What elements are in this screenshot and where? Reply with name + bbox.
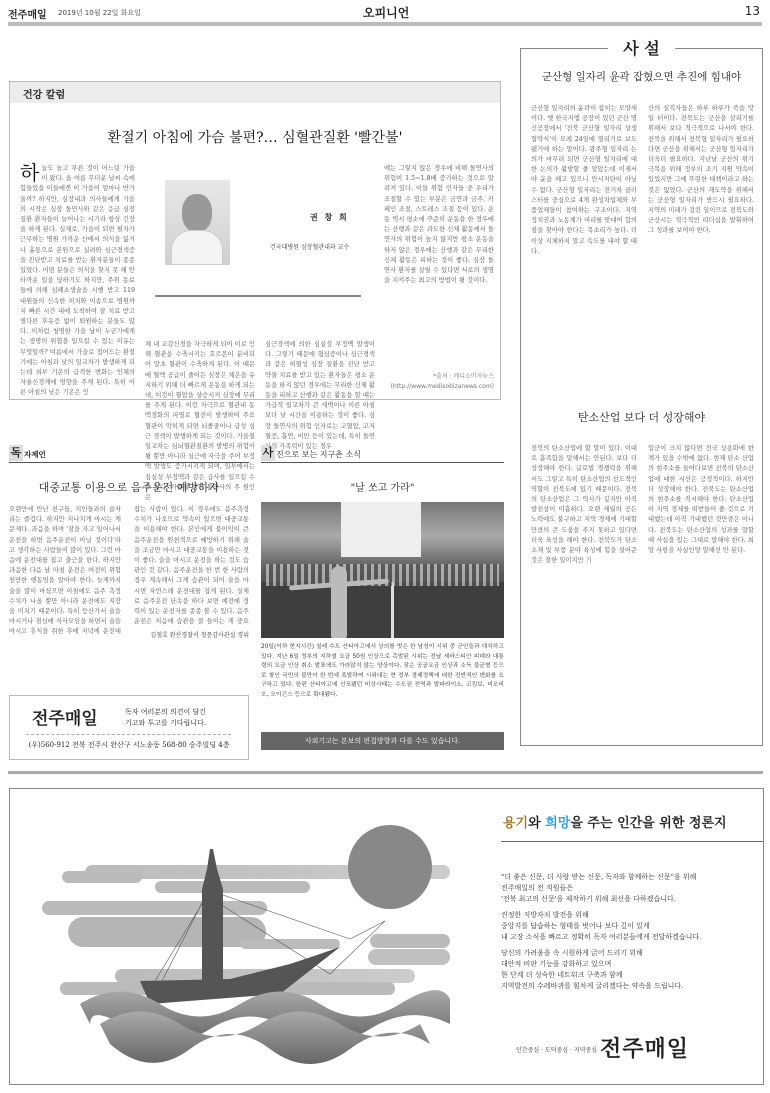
- health-tag-bar: 건강 칼럼: [10, 82, 500, 103]
- health-col-1: 하늘도 높고 푸른 것이 어느덧 가을이 왔다. 올 여름 무더운 날씨 속에 …: [20, 164, 135, 399]
- ad-tagline: 인간중심 · 도덕중심 · 지역중심: [516, 1045, 597, 1054]
- reader-opinion: 독 자제언 대중교통 이용으로 음주운전 예방하자 오랜만에 만난 친구들, 지…: [9, 445, 249, 495]
- house-ad: 용기와 희망을 주는 인간을 위한 정론지 "더 좋은 신문, 더 사랑 받는 …: [9, 788, 764, 1085]
- editorial-1-col-a: 군산형 일자리의 윤곽이 잡히는 모양새이다. 옛 한국지엠 공장이 있던 군산…: [531, 104, 637, 394]
- photo-section-tag: 사 진으로 보는 지구촌 소식: [261, 445, 504, 463]
- reader-section-tag: 독 자제언: [9, 445, 249, 463]
- editorial-2-col-a: 전북의 탄소산업에 할 말이 있다. 이대로 흡족함을 말해서는 안된다. 보다…: [531, 444, 637, 734]
- promo-logo: 전주매일: [32, 704, 98, 729]
- author-photo: [165, 180, 230, 265]
- author-role: 건국대병원 심장혈관내과 교수: [270, 242, 349, 251]
- editorial-2-col-b: 업군이 크지 않다면 전국 상용화에 한계가 있을 수밖에 없다. 현재 탄소 …: [648, 444, 754, 734]
- author-divider: [155, 295, 361, 297]
- editorial-box: 사 설 군산형 일자리 윤곽 잡혔으면 추진에 힘내야 군산형 일자리의 윤곽이…: [520, 48, 763, 746]
- health-headline: 환절기 아침에 가슴 불편?… 심혈관질환 '빨간불': [10, 127, 500, 147]
- submission-promo: 전주매일 독자 여러분의 의견이 담긴 기고와 투고를 기다립니다. (우)56…: [9, 695, 249, 760]
- slogan-divider: [501, 841, 763, 842]
- dropcap: 하: [20, 164, 39, 182]
- ship-illustration: [10, 789, 450, 1086]
- editorial-1-col-b: 산의 실직자들은 하루 하루가 죽을 맛일 터이다. 전북도는 군산을 살리기를…: [648, 104, 754, 394]
- ad-body: "더 좋은 신문, 더 사랑 받는 신문, 독자와 함께하는 신문"을 위해전주…: [501, 872, 766, 997]
- reader-col-a: 오랜만에 만난 친구들, 지인들과의 술자리는 즐겁다. 하지만 지나치게 마시…: [9, 505, 121, 637]
- section-divider: [8, 771, 763, 774]
- photo-caption: 20일(이하 현지시간) 칠레 수도 산티아고에서 상의를 벗은 한 남성이 시…: [261, 643, 504, 701]
- ad-slogan: 용기와 희망을 주는 인간을 위한 정론지: [503, 812, 727, 831]
- health-col-4: 에는 그렇지 않은 경우에 비해 돌연사의 위험이 1.5~1.8배 증가하는 …: [384, 164, 494, 369]
- section-title: 오피니언: [363, 4, 409, 21]
- health-col-3: 심근경색에 의한 심실성 부정맥 발생이다. 그렇기 때문에 협심증이나 심근경…: [265, 340, 375, 452]
- editorial-title-2: 탄소산업 보다 더 성장해야: [521, 409, 762, 425]
- reader-headline: 대중교통 이용으로 음주운전 예방하자: [9, 479, 249, 495]
- reader-col-b: 잡는 사람이 있다. 이 경우에도 음주측정 수치가 나오므로 약속이 있으면 …: [134, 505, 249, 639]
- masthead-brand: 전주매일: [8, 6, 47, 21]
- disclaimer-bar: 사외기고는 본보의 편집방향과 다를 수도 있습니다.: [261, 732, 504, 750]
- promo-address: (우)560-912 전북 전주시 완산구 서노송동 568-80 승주빌딩 4…: [10, 740, 248, 750]
- editorial-title-1: 군산형 일자리 윤곽 잡혔으면 추진에 힘내야: [521, 69, 762, 84]
- editorial-heading: 사 설: [521, 36, 762, 59]
- promo-message: 독자 여러분의 의견이 담긴 기고와 투고를 기다립니다.: [125, 707, 206, 729]
- news-photo: [261, 502, 504, 638]
- photo-headline: "날 쏘고 가라": [261, 479, 504, 494]
- page-header: 전주매일 2019년 10월 22일 화요일 오피니언 13: [8, 4, 762, 22]
- page-number: 13: [745, 4, 760, 18]
- ad-logo: 전주매일: [600, 1032, 689, 1063]
- source-credit: *출처 : 메디소비자뉴스 (http://www.medisobizanews…: [384, 372, 494, 392]
- health-column: 건강 칼럼 환절기 아침에 가슴 불편?… 심혈관질환 '빨간불' 하늘도 높고…: [9, 81, 501, 400]
- header-divider: [8, 22, 762, 26]
- health-tag: 건강 칼럼: [23, 86, 65, 101]
- promo-divider: [26, 734, 231, 735]
- reader-byline: 김철호 완산경찰서 청문감사관실 경위: [134, 630, 249, 639]
- issue-date: 2019년 10월 22일 화요일: [58, 8, 141, 18]
- photo-news: 사 진으로 보는 지구촌 소식 "날 쏘고 가라" 20일(이하 현지시간) 칠…: [261, 445, 504, 494]
- author-name: 권 창 희: [310, 212, 349, 223]
